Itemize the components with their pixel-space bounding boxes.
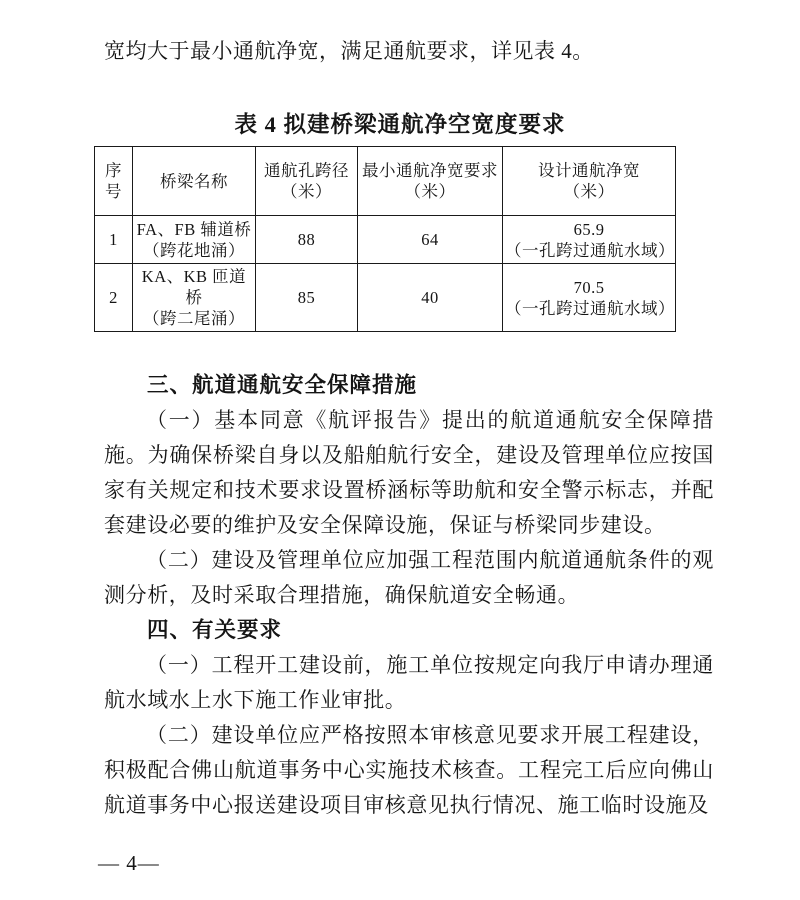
column-header-bridge-name: 桥梁名称 [133,147,256,216]
paragraph: （二）建设单位应严格按照本审核意见要求开展工程建设，积极配合佛山航道事务中心实施… [104,718,714,823]
cell-design-clear-width: 65.9 （一孔跨过通航水域） [503,216,676,264]
column-header-design-clear-width: 设计通航净宽 （米） [503,147,676,216]
table-header-row: 序 号 桥梁名称 通航孔跨径 （米） 最小通航净宽要求 （米） 设计通航净宽 （… [95,147,676,216]
cell-nav-span: 85 [256,264,358,332]
section-heading-4: 四、有关要求 [104,613,714,648]
cell-seq: 1 [95,216,133,264]
column-header-min-clear-width: 最小通航净宽要求 （米） [358,147,503,216]
document-body: 三、航道通航安全保障措施 （一）基本同意《航评报告》提出的航道通航安全保障措施。… [104,368,714,823]
table-row: 2 KA、KB 匝道桥 （跨二尾涌） 85 40 70.5 （一孔跨过通航水域） [95,264,676,332]
intro-line: 宽均大于最小通航净宽，满足通航要求，详见表 4。 [104,36,714,66]
table-caption: 表 4 拟建桥梁通航净空宽度要求 [0,110,800,140]
page-number: — 4— [98,849,800,877]
cell-min-clear-width: 40 [358,264,503,332]
paragraph: （一）基本同意《航评报告》提出的航道通航安全保障措施。为确保桥梁自身以及船舶航行… [104,403,714,543]
bridge-clearance-table: 序 号 桥梁名称 通航孔跨径 （米） 最小通航净宽要求 （米） 设计通航净宽 （… [94,146,676,332]
column-header-seq: 序 号 [95,147,133,216]
paragraph: （一）工程开工建设前，施工单位按规定向我厅申请办理通航水域水上水下施工作业审批。 [104,648,714,718]
column-header-nav-span: 通航孔跨径 （米） [256,147,358,216]
paragraph: （二）建设及管理单位应加强工程范围内航道通航条件的观测分析，及时采取合理措施，确… [104,543,714,613]
table-row: 1 FA、FB 辅道桥 （跨花地涌） 88 64 65.9 （一孔跨过通航水域） [95,216,676,264]
section-heading-3: 三、航道通航安全保障措施 [104,368,714,403]
cell-nav-span: 88 [256,216,358,264]
cell-seq: 2 [95,264,133,332]
cell-design-clear-width: 70.5 （一孔跨过通航水域） [503,264,676,332]
document-page: 宽均大于最小通航净宽，满足通航要求，详见表 4。 表 4 拟建桥梁通航净空宽度要… [0,0,800,900]
cell-min-clear-width: 64 [358,216,503,264]
cell-bridge-name: KA、KB 匝道桥 （跨二尾涌） [133,264,256,332]
cell-bridge-name: FA、FB 辅道桥 （跨花地涌） [133,216,256,264]
